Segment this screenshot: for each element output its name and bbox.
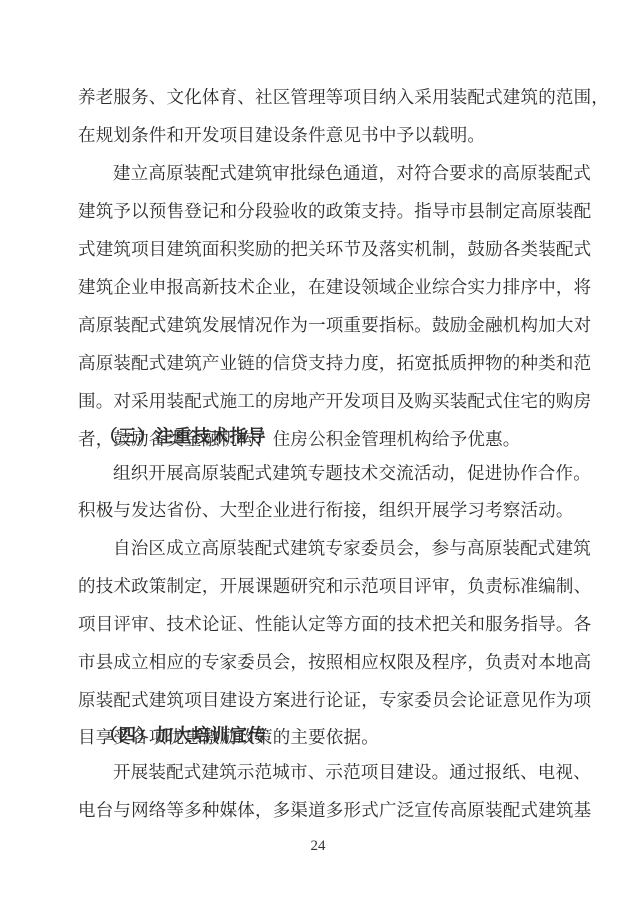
paragraph-line: 高原装配式建筑产业链的信贷支持力度，拓宽抵质押物的种类和范	[78, 352, 570, 376]
paragraph-line: 高原装配式建筑发展情况作为一项重要指标。鼓励金融机构加大对	[78, 314, 570, 338]
paragraph-line: 建筑企业申报高新技术企业，在建设领域企业综合实力排序中，将	[78, 276, 570, 300]
paragraph-line: 原装配式建筑项目建设方案进行论证，专家委员会论证意见作为项	[78, 689, 570, 713]
paragraph-line: 的技术政策制定，开展课题研究和示范项目评审，负责标准编制、	[78, 575, 570, 599]
section-heading-4: （四）加大培训宣传	[100, 724, 267, 748]
paragraph-line: 围。对采用装配式施工的房地产开发项目及购买装配式住宅的购房	[78, 390, 570, 414]
paragraph-line: 项目评审、技术论证、性能认定等方面的技术把关和服务指导。各	[78, 613, 570, 637]
paragraph-line: 建筑予以预售登记和分段验收的政策支持。指导市县制定高原装配	[78, 200, 570, 224]
paragraph-line: 电台与网络等多种媒体，多渠道多形式广泛宣传高原装配式建筑基	[78, 799, 570, 823]
paragraph-line: 建立高原装配式建筑审批绿色通道，对符合要求的高原装配式	[113, 162, 570, 186]
document-page: 养老服务、文化体育、社区管理等项目纳入采用装配式建筑的范围， 在规划条件和开发项…	[0, 0, 636, 900]
paragraph-line: 式建筑项目建筑面积奖励的把关环节及落实机制，鼓励各类装配式	[78, 238, 570, 262]
page-number: 24	[0, 838, 636, 855]
paragraph-line: 组织开展高原装配式建筑专题技术交流活动，促进协作合作。	[113, 462, 570, 486]
section-heading-3: （三）注重技术指导	[100, 425, 267, 449]
paragraph-line: 在规划条件和开发项目建设条件意见书中予以载明。	[78, 124, 570, 148]
paragraph-line: 开展装配式建筑示范城市、示范项目建设。通过报纸、电视、	[113, 761, 570, 785]
paragraph-line: 养老服务、文化体育、社区管理等项目纳入采用装配式建筑的范围，	[78, 86, 570, 110]
paragraph-line: 自治区成立高原装配式建筑专家委员会，参与高原装配式建筑	[113, 537, 570, 561]
paragraph-line: 积极与发达省份、大型企业进行衔接，组织开展学习考察活动。	[78, 499, 570, 523]
paragraph-line: 市县成立相应的专家委员会，按照相应权限及程序，负责对本地高	[78, 651, 570, 675]
